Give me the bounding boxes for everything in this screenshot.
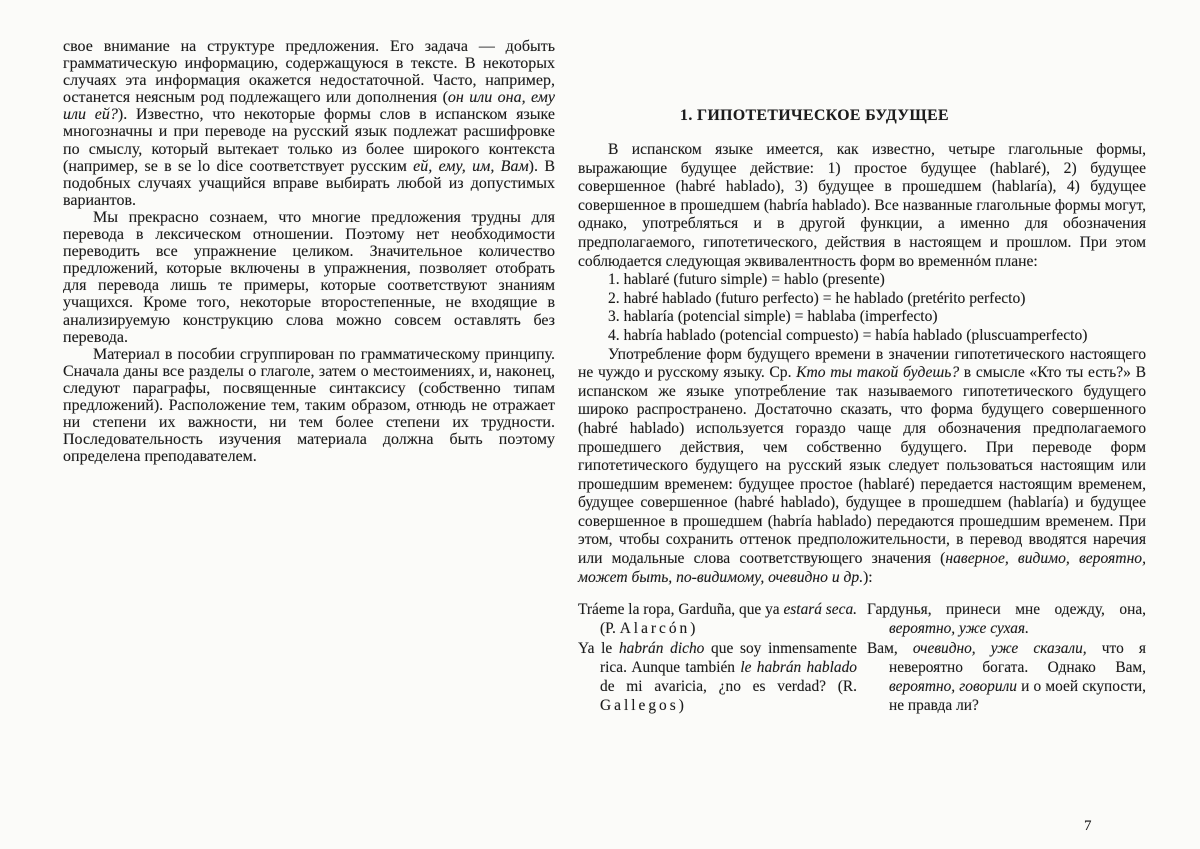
example-russian: Гардунья, принеси мне одежду, она, вероя… bbox=[867, 600, 1146, 638]
usage-paragraph: Употребление форм будущего времени в зна… bbox=[578, 346, 1146, 588]
examples-spanish-column: Tráeme la ropa, Garduña, que ya estará s… bbox=[578, 600, 857, 715]
equivalence-item: 2. habré hablado (futuro perfecto) = he … bbox=[578, 290, 1146, 309]
equivalence-item: 3. hablaría (potencial simple) = hablaba… bbox=[578, 308, 1146, 327]
paragraph: Мы прекрасно сознаем, что многие предлож… bbox=[63, 209, 555, 346]
page-number: 7 bbox=[1084, 818, 1092, 835]
left-page: свое внимание на структуре предложения. … bbox=[63, 38, 555, 465]
equivalence-item: 4. habría hablado (potencial compuesto) … bbox=[578, 327, 1146, 346]
translation-examples: Tráeme la ropa, Garduña, que ya estará s… bbox=[578, 600, 1146, 715]
equivalence-list: 1. hablaré (futuro simple) = hablo (pres… bbox=[578, 271, 1146, 345]
right-page: 1. ГИПОТЕТИЧЕСКОЕ БУДУЩЕЕ В испанском яз… bbox=[578, 106, 1146, 715]
intro-paragraph: В испанском языке имеется, как известно,… bbox=[578, 141, 1146, 271]
equivalence-item: 1. hablaré (futuro simple) = hablo (pres… bbox=[578, 271, 1146, 290]
example-spanish: Tráeme la ropa, Garduña, que ya estará s… bbox=[578, 600, 857, 638]
book-spread-scan: свое внимание на структуре предложения. … bbox=[0, 0, 1200, 849]
paragraph-continuation: свое внимание на структуре предложения. … bbox=[63, 38, 555, 209]
section-heading: 1. ГИПОТЕТИЧЕСКОЕ БУДУЩЕЕ bbox=[578, 106, 1146, 125]
example-spanish: Ya le habrán dicho que soy inmensamente … bbox=[578, 639, 857, 716]
examples-russian-column: Гардунья, принеси мне одежду, она, вероя… bbox=[867, 600, 1146, 715]
example-russian: Вам, очевидно, уже сказали, что я неверо… bbox=[867, 639, 1146, 716]
paragraph: Материал в пособии сгруппирован по грамм… bbox=[63, 346, 555, 466]
